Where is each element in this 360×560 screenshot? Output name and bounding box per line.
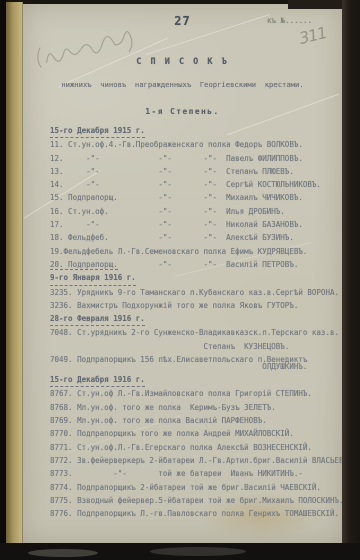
entry-line: 8773. -"- той же батареи Иванъ НИКИТИНЪ.… bbox=[50, 467, 342, 480]
entry-line: 8767. Ст.ун.оф Л.-Гв.Измайловскаго полка… bbox=[50, 387, 342, 400]
entry-line: ОЛДУШКИНЪ. bbox=[50, 360, 342, 373]
date-heading: 15-го Декабря 1915 г. bbox=[50, 124, 342, 138]
entry-line: Степанъ КУЗНЕЦОВЪ. bbox=[50, 340, 342, 353]
entry-line: 15. Подпрапорщ. -"- -"- Михаилъ ЧИЧИКОВЪ… bbox=[50, 191, 342, 204]
entry-line: 8770. Подпрапорщикъ того же полка Андрей… bbox=[50, 427, 342, 440]
entry-line: 18. Фельдфеб. -"- -"- Алексѣй БУЗИНЪ. bbox=[50, 231, 342, 244]
document-scan: 26 27 къ №...... 311 С П И С О К Ъ нижни… bbox=[0, 0, 360, 560]
list-subtitle: нижнихъ чиновъ награжденныхъ Георгіевски… bbox=[23, 80, 342, 89]
entry-line: 12. -"- -"- -"- Павелъ ФИЛИППОВЪ. bbox=[50, 152, 342, 165]
scan-edge-right bbox=[342, 0, 360, 560]
entry-line: 8772. Зв.фейерверкеръ 2-йбатареи Л.-Гв.А… bbox=[50, 454, 342, 467]
date-heading: 28-го Февраля 1916 г. bbox=[50, 312, 342, 326]
entry-line: 7048. Ст.урядникъ 2-го Сунженско-Владика… bbox=[50, 326, 342, 339]
entry-line: 13. -"- -"- -"- Степанъ ПЛЮЕВЪ. bbox=[50, 165, 342, 178]
list-title: С П И С О К Ъ bbox=[23, 57, 342, 67]
entries: 15-го Декабря 1915 г.11. Ст.ун.оф.4.-Гв.… bbox=[50, 124, 342, 520]
entry-line: 8776. Подпрапорщикъ Л.-гв.Павловскаго по… bbox=[50, 507, 342, 520]
background-blob bbox=[28, 549, 98, 557]
entry-line: 8774. Подпрапорщикъ 2-йбатареи той же бр… bbox=[50, 481, 342, 494]
book-spine-edge bbox=[6, 2, 23, 547]
entry-line: 8768. Мл.ун.оф. того же полка Керимъ-Буз… bbox=[50, 401, 342, 414]
doc-ref: къ №...... bbox=[267, 16, 312, 25]
entry-line: 3236. Вахмистръ Подхорунжій того же полк… bbox=[50, 299, 342, 312]
document-page: 26 27 къ №...... 311 С П И С О К Ъ нижни… bbox=[23, 4, 342, 543]
entry-line: 17. -"- -"- -"- Николай БАЗАНОВЪ. bbox=[50, 218, 342, 231]
entry-line: 11. Ст.ун.оф.4.-Гв.Преображенскаго полка… bbox=[50, 138, 342, 151]
entry-line: 8775. Взводный фейервер.5-йбатареи той ж… bbox=[50, 494, 342, 507]
entry-line: 19.Фельдфебель Л.-Гв.Семеновскаго полка … bbox=[50, 245, 342, 258]
entry-line: 20. Подпрапорщ. -"- -"- Василій ПЕТРОВЪ. bbox=[50, 258, 342, 271]
degree-heading: 1-я Степень. bbox=[23, 107, 342, 116]
entry-line: 3235. Урядникъ 9-го Таманскаго п.Кубанск… bbox=[50, 286, 342, 299]
entry-line: 14. -"- -"- -"- Сергѣй КОСТЮЛЬНИКОВЪ. bbox=[50, 178, 342, 191]
scan-edge-bottom bbox=[0, 543, 360, 560]
date-heading: 9-го Января 1916 г. bbox=[50, 271, 342, 285]
date-heading: 15-го Декабря 1916 г. bbox=[50, 373, 342, 387]
entry-line: 16. Ст.ун.оф. -"- -"- Илья ДРОБИНЪ. bbox=[50, 205, 342, 218]
entry-line: 8771. Ст.ун.оф.Л.-Гв.Егерскаго полка Але… bbox=[50, 441, 342, 454]
entry-line: 8769. Мл.ун.оф. того же полка Василій ПА… bbox=[50, 414, 342, 427]
background-blob bbox=[150, 547, 246, 556]
